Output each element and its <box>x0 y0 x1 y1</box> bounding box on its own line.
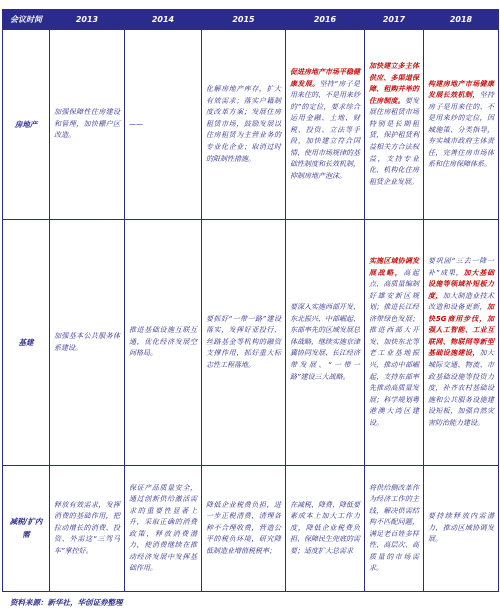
body-text: 将供给侧改革作为经济工作的主线，解决供需结构不匹配问题，满足老百姓多样性、高层次… <box>369 484 419 573</box>
cell-r0-c5: 构建房地产市场健康发展长效机制，坚持房子是用来住的、不是用来炒的定位，因城施策、… <box>424 30 499 220</box>
col-header-year-2018: 2018 <box>424 10 499 30</box>
body-text: 加强基本公共服务体系建设。 <box>54 332 120 352</box>
cell-r2-c4: 将供给侧改革作为经济工作的主线，解决供需结构不匹配问题，满足老百姓多样性、高层次… <box>365 466 424 592</box>
cell-r1-c1: 推进基础设施互联互通，优化经济发展空间格局。 <box>125 220 202 466</box>
cell-r2-c0: 释放有效需求，发挥消费的基础作用，把拉动增长的消费、投资、外需这“三驾马车”掌控… <box>50 466 125 592</box>
body-text: 降低企业税费负担，进一步正税清费，清理各种不合理收费，营造公平的税负环境，研究降… <box>206 501 281 555</box>
body-text: 化解房地产库存，扩大有效需求；落实户籍制度改革方案；发展住房租赁市场，鼓励发展以… <box>206 85 281 162</box>
body-text: 坚持“房子是用来住的、不是用来炒的”的定位，要求综合运用金融、土地、财税、投资、… <box>290 80 360 180</box>
cell-r2-c2: 降低企业税费负担，进一步正税清费，清理各种不合理收费，营造公平的税负环境，研究降… <box>202 466 286 592</box>
cell-r2-c1: 保证产品质量安全，通过创新供给激活需求的重要性显著上升，采取正确的消费政策，释放… <box>125 466 202 592</box>
body-text: 要发展住房租赁市场特别是长期租赁，保护租赁利益相关方合法权益，支持专业化、机构化… <box>369 97 419 186</box>
body-text: —— <box>129 120 143 128</box>
body-text: 保证产品质量安全，通过创新供给激活需求的重要性显著上升，采取正确的消费政策，释放… <box>129 484 197 573</box>
cell-r1-c5: 要巩固“三去一降一补”成果，加大基础设施等领域补短板力度，加大制造业技术改造和设… <box>424 220 499 466</box>
cell-r0-c1: —— <box>125 30 202 220</box>
col-header-year-2013: 2013 <box>50 10 125 30</box>
col-header-year-2015: 2015 <box>202 10 286 30</box>
cell-r1-c4: 实施区域协调发展战略，高起点、高质量编制好雄安新区规划；推进长江经济带绿色发展；… <box>365 220 424 466</box>
body-text: 在减税、降费、降低要素成本上加大工作力度，降低企业税费负担、保障民生兜底的需要；… <box>290 501 360 555</box>
cell-r0-c4: 加快建立多主体供应、多渠道保障、租购并举的住房制度。要发展住房租赁市场特别是长期… <box>365 30 424 220</box>
cell-r1-c0: 加强基本公共服务体系建设。 <box>50 220 125 466</box>
cell-r0-c2: 化解房地产库存，扩大有效需求；落实户籍制度改革方案；发展住房租赁市场，鼓励发展以… <box>202 30 286 220</box>
report-table-container: 会议时间201320142015201620172018 房地产加强保障性住房建… <box>0 0 500 614</box>
table-row-2: 减税/扩内需释放有效需求，发挥消费的基础作用，把拉动增长的消费、投资、外需这“三… <box>3 466 499 592</box>
body-text: 加大城际交通、物流、市政基础设施等投资力度，补齐农村基础设施和公共服务设施建设短… <box>428 349 494 426</box>
cell-r0-c0: 加强保障性住房建设和管理，加快棚户区改造。 <box>50 30 125 220</box>
cell-r1-c2: 要抓好“一带一路”建设落实，发挥好亚投行、丝路基金等机构的融资支撑作用，抓好重大… <box>202 220 286 466</box>
source-note: 资料来源：新华社，华创证券整理 <box>10 597 498 614</box>
cell-r2-c3: 在减税、降费、降低要素成本上加大工作力度，降低企业税费负担、保障民生兜底的需要；… <box>286 466 365 592</box>
col-header-year-2016: 2016 <box>286 10 365 30</box>
body-text: 释放有效需求，发挥消费的基础作用，把拉动增长的消费、投资、外需这“三驾马车”掌控… <box>54 501 120 555</box>
policy-meeting-table: 会议时间201320142015201620172018 房地产加强保障性住房建… <box>2 9 499 592</box>
col-header-meeting-time: 会议时间 <box>3 10 50 30</box>
body-text: 推进基础设施互联互通，优化经济发展空间格局。 <box>129 326 197 357</box>
body-text: 坚持房子是用来住的、不是用来炒的定位，因城施策、分类指导，夯实城市政府主体责任，… <box>428 91 494 168</box>
body-text: 高起点、高质量编制好雄安新区规划；推进长江经济带绿色发展；推进西部大开发、加快东… <box>369 269 419 427</box>
col-header-year-2017: 2017 <box>365 10 424 30</box>
body-text: 要抓好“一带一路”建设落实，发挥好亚投行、丝路基金等机构的融资支撑作用，抓好重大… <box>206 315 281 369</box>
cell-r1-c3: 要深入实施西部开发、东北振兴、中部崛起、东部率先的区域发展总体战略，继续实施京津… <box>286 220 365 466</box>
table-row-0: 房地产加强保障性住房建设和管理，加快棚户区改造。——化解房地产库存，扩大有效需求… <box>3 30 499 220</box>
body-text: 加强保障性住房建设和管理，加快棚户区改造。 <box>54 108 120 139</box>
row-label-0: 房地产 <box>3 30 50 220</box>
header-row: 会议时间201320142015201620172018 <box>3 10 499 30</box>
cell-r0-c3: 促进房地产市场平稳健康发展。坚持“房子是用来住的、不是用来炒的”的定位，要求综合… <box>286 30 365 220</box>
row-label-1: 基建 <box>3 220 50 466</box>
table-row-1: 基建加强基本公共服务体系建设。推进基础设施互联互通，优化经济发展空间格局。要抓好… <box>3 220 499 466</box>
body-text: 要深入实施西部开发、东北振兴、中部崛起、东部率先的区域发展总体战略，继续实施京津… <box>290 303 360 380</box>
body-text: 要持续释放内需潜力，推动区域协调发展。 <box>428 512 494 543</box>
cell-r2-c5: 要持续释放内需潜力，推动区域协调发展。 <box>424 466 499 592</box>
col-header-year-2014: 2014 <box>125 10 202 30</box>
row-label-2: 减税/扩内需 <box>3 466 50 592</box>
